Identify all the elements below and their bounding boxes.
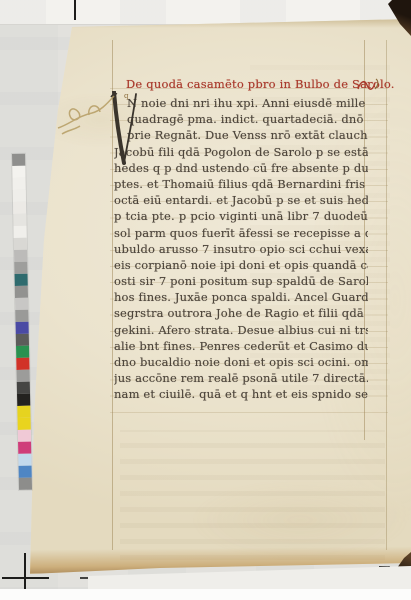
top-left-registration-mark [74,0,76,20]
manuscript-line: hos fines. Juxāe ponca spaldi. Ancel Gua… [114,289,368,305]
text-block: De quodā casamēto pbro in Bulbo de Sarol… [114,76,368,403]
color-patch [15,286,28,298]
color-patch [17,382,30,394]
color-patch [14,238,27,250]
color-patch [14,250,27,262]
parchment-page: De quodā casamēto pbro in Bulbo de Sarol… [0,0,411,600]
color-patch [16,358,29,370]
manuscript-line: ptes. et Thomaiū filius qdā Bernardini f… [114,176,368,192]
manuscript-line: osti sir 7 poni positum sup spaldū de Sa… [114,273,368,289]
manuscript-line: alie bnt fines. Penres cederūt et Casimo… [114,338,368,354]
manuscript-line: eis corpianō noie ipi doni et opis quand… [114,257,368,273]
bottom-left-crosshair-horizontal [2,577,49,579]
color-patch [12,166,25,178]
color-patch [18,430,31,442]
color-patch [17,406,30,418]
color-patch [13,178,26,190]
color-patch [15,298,28,310]
color-patch [13,190,26,202]
manuscript-line: gekini. Afero strata. Desue albius cui n… [114,322,368,338]
manuscript-line: Jacobū fili qdā Pogolon de Sarolo p se e… [114,144,368,160]
color-patch [19,478,32,490]
manuscript-line: octā eiū entardi. et Jacobū p se et suis… [114,192,368,208]
margin-pen-flourish [56,92,116,138]
manuscript-line: nam et ciuilē. quā et q hnt et eis spnid… [114,386,368,402]
manuscript-line: sol parm quos fuerīt āfessi se recepisse… [114,225,368,241]
color-patch [16,334,29,346]
color-patch [15,274,28,286]
color-patch [18,442,31,454]
color-patch [13,214,26,226]
manuscript-line: ubuldo arusso 7 insutro opio sci cchui v… [114,241,368,257]
color-patch [12,154,25,166]
manuscript-line: quadragē pma. indict. quartadeciā. dnō s… [114,111,368,127]
color-patch [17,370,30,382]
manuscript-line: hedes q p dnd ustendo cū fre absente p d… [114,160,368,176]
color-patch [14,262,27,274]
manuscript-line: N noie dni nri ihu xpi. Anni eiusdē mill… [114,95,368,111]
manuscript-line: prie Regnāt. Due Venss nrō extāt clauchi [114,127,368,143]
manuscript-line: jus accōne rem realē psonā utile 7 direc… [114,370,368,386]
rubric-heading: De quodā casamēto pbro in Bulbo de Sarol… [114,76,368,93]
color-patch [16,346,29,358]
manuscript-line: p tcia pte. p pcio viginti unā libr 7 du… [114,208,368,224]
body-text: N noie dni nri ihu xpi. Anni eiusdē mill… [114,95,368,403]
color-patch [19,466,32,478]
manuscript-scan: De quodā casamēto pbro in Bulbo de Sarol… [0,0,411,600]
color-patch [14,226,27,238]
color-patch [18,418,31,430]
rubric-row: De quodā casamēto pbro in Bulbo de Sarol… [114,76,368,95]
verso-show-through [120,430,385,560]
photo-border-bottom [0,589,411,600]
manuscript-line: segrstra outrora Johe de Ragio et filii … [114,305,368,321]
color-patch [13,202,26,214]
color-patch [16,322,29,334]
color-patch [17,394,30,406]
color-patch [18,454,31,466]
manuscript-line: dno bucaldio noie doni et opis sci ocini… [114,354,368,370]
color-patch [15,310,28,322]
rubric-flourish-mark [356,75,382,95]
